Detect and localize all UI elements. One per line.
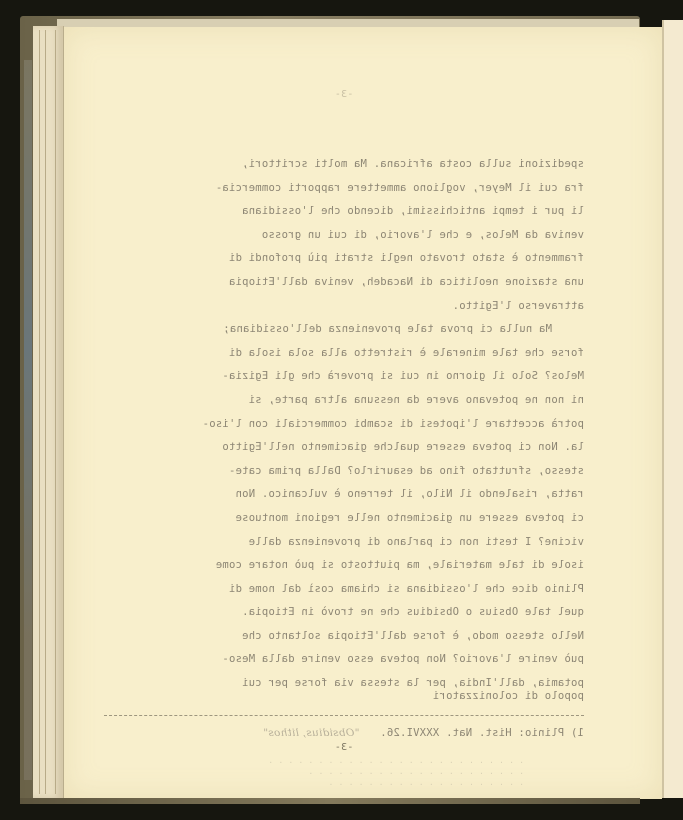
mirrored-text-area: -3- spedizioni sulla costa africana. Ma … (104, 27, 584, 799)
text-line: Nello stesso modo, è forse dall'Etiopia … (104, 625, 584, 649)
faint-show-through-text: · · · · · · · · · · · · · · · · · · · · … (164, 757, 524, 790)
ghost-line: · · · · · · · · · · · · · · · · · · · · … (164, 757, 524, 768)
text-line: attraverso l'Egitto. (104, 295, 584, 319)
ghost-line: · · · · · · · · · · · · · · · · · · · · … (164, 768, 524, 779)
text-line: veniva da Melos, e che l'avorio, di cui … (104, 224, 584, 248)
document-page: -3- spedizioni sulla costa africana. Ma … (64, 27, 662, 799)
text-line: Plinio dice che l'ossidiana si chiama co… (104, 578, 584, 602)
footnote-text: 1) Plinio: Hist. Nat. XXXVI.26. (380, 727, 584, 739)
footnote: 1) Plinio: Hist. Nat. XXXVI.26. "Obsidiu… (104, 727, 584, 739)
text-line: Melos? Solo il giorno in cui si proverà … (104, 365, 584, 389)
page-number-bottom: -3- (104, 742, 584, 753)
text-line: può venire l'avorio? Non poteva esso ven… (104, 648, 584, 672)
text-line: forse che tale minerale è ristretto alla… (104, 342, 584, 366)
continuation-line: popolo di colonizzatori (104, 690, 584, 702)
ghost-line: · · · · · · · · · · · · · · · · · · · · (164, 779, 524, 790)
adjacent-page-edge (662, 20, 683, 798)
text-line: ci poteva essere un giacimento nelle reg… (104, 507, 584, 531)
text-line: stesso, sfruttato fino ad esaurirlo? Dal… (104, 460, 584, 484)
text-line: li pur i tempi antichissimi, dicendo che… (104, 200, 584, 224)
text-line: la. Non ci poteva essere qualche giacime… (104, 436, 584, 460)
text-line: ratta, risalendo il Nilo, il terreno è v… (104, 483, 584, 507)
page-edge-line (55, 30, 56, 794)
text-line: frammento è stato trovato negli strati p… (104, 247, 584, 271)
text-line: potrà accettare l'ipotesi di scambi comm… (104, 413, 584, 437)
scanned-book-photo: -3- spedizioni sulla costa africana. Ma … (0, 0, 683, 820)
cover-edge-strip (24, 60, 32, 780)
text-line: fra cui il Meyer, vogliono ammettere rap… (104, 177, 584, 201)
text-line: spedizioni sulla costa africana. Ma molt… (104, 153, 584, 177)
text-line: Ma nulla ci prova tale provenienza dell'… (104, 318, 584, 342)
body-text: spedizioni sulla costa africana. Ma molt… (104, 153, 584, 696)
page-edge-line (45, 30, 46, 794)
text-line: isole di tale materiale, ma piuttosto si… (104, 554, 584, 578)
footnote-divider (104, 715, 584, 716)
text-line: vicine? I testi non ci parlano di proven… (104, 531, 584, 555)
text-line: quel tale Obsius o Obsidius che ne trovò… (104, 601, 584, 625)
page-edge-line (39, 30, 40, 794)
text-line: una stazione neolitica di Nacadeh, veniv… (104, 271, 584, 295)
text-line: ni non ne potevano avere da nessuna altr… (104, 389, 584, 413)
book-bottom-edge (20, 798, 640, 804)
handwritten-note: "Obsidius, lithos" (263, 727, 359, 739)
page-number-top: -3- (104, 89, 584, 100)
page-stack-left (33, 26, 64, 798)
